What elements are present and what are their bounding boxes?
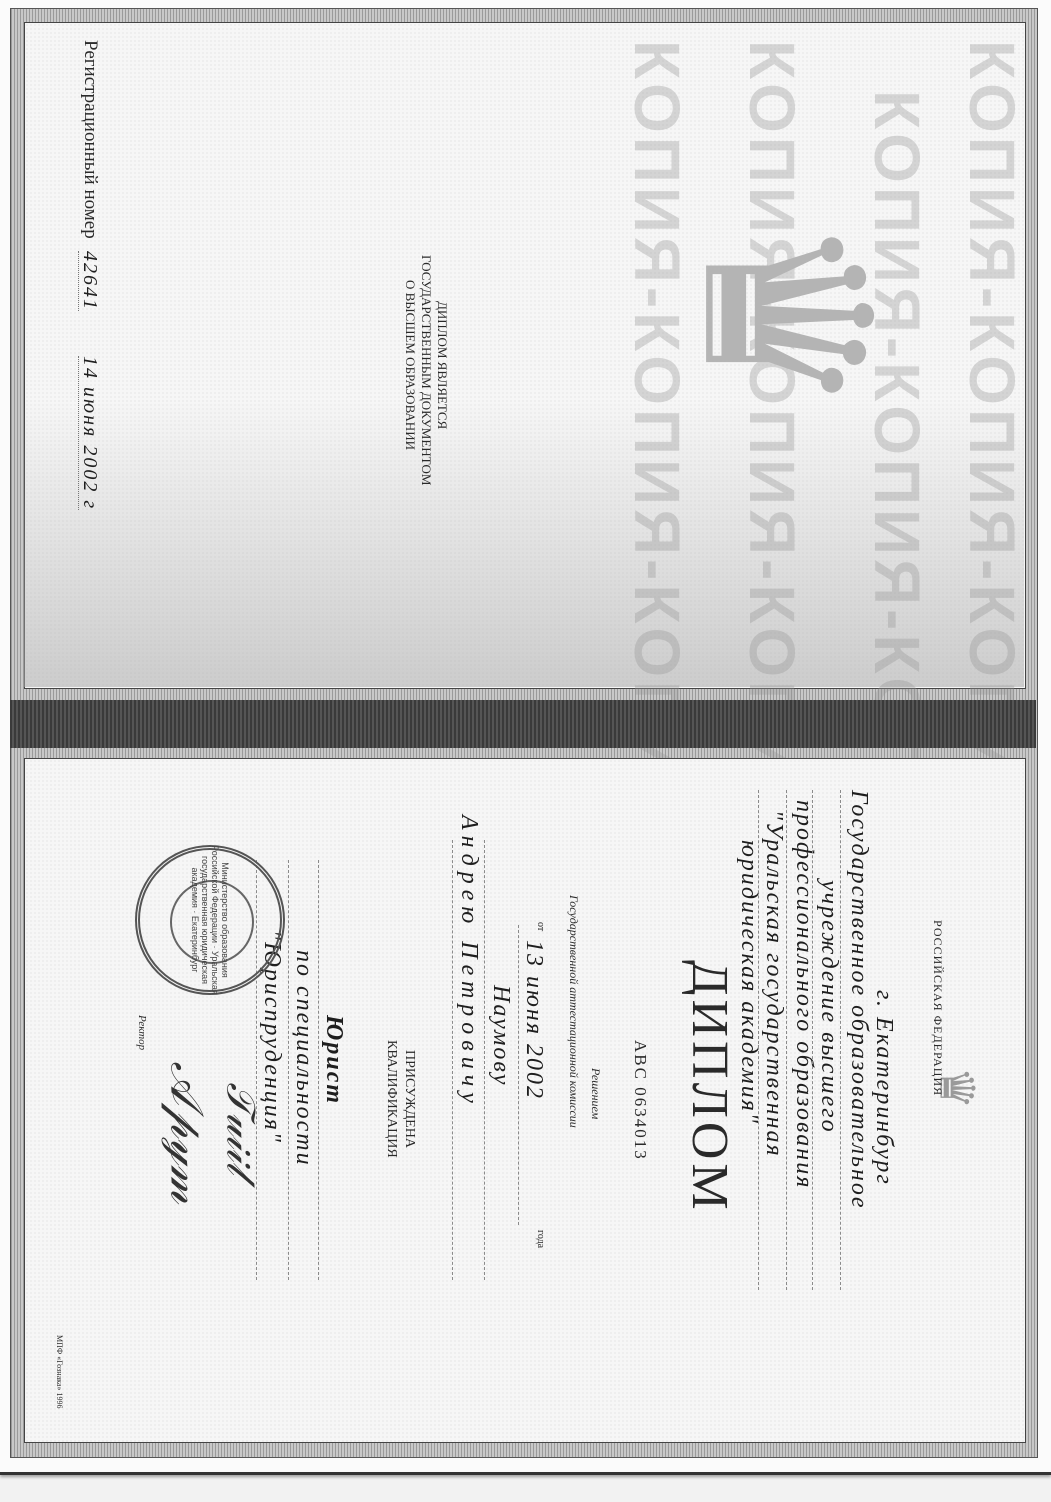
fill-line — [786, 790, 787, 1290]
date-prefix: от — [535, 922, 546, 931]
registration-label: Регистрационный номер — [80, 40, 101, 239]
printer-imprint: МПФ «Гознака» 1996 — [55, 1335, 64, 1408]
fill-line — [518, 925, 519, 1225]
specialty-line: по специальности — [290, 950, 317, 1167]
diploma-scan: КОПИЯ-КОПИЯ-КОПИЯ-КОПИЯ КОПИЯ-КОПИЯ-КОПИ… — [0, 0, 1051, 1475]
institution-line: "Уральская государственная — [760, 810, 787, 1158]
chairman-signature: 𝒯𝓊𝒾𝒾𝓁 — [218, 1082, 265, 1174]
double-headed-eagle-icon: ♛ — [668, 212, 898, 418]
decision-date: 13 июня 2002 — [520, 940, 547, 1100]
fill-line — [812, 790, 813, 1290]
awarded-line: ПРИСУЖДЕНА — [400, 1040, 418, 1158]
institution-line: Государственное образовательное — [845, 790, 872, 1210]
commission-label: Государственной аттестационной комиссии — [566, 895, 581, 1128]
fill-line — [484, 840, 485, 1280]
series-number: АВС 0634013 — [630, 1040, 650, 1161]
fill-line — [452, 840, 453, 1280]
notice-line: ГОСУДАРСТВЕННЫМ ДОКУМЕНТОМ — [418, 255, 434, 475]
city: г. Екатеринбург — [870, 990, 897, 1186]
awarded-line: КВАЛИФИКАЦИЯ — [382, 1040, 400, 1158]
rector-label: Ректор — [136, 1015, 148, 1050]
diploma-title: ДИПЛОМ — [680, 960, 739, 1214]
seal-text: Министерство образования Российской Феде… — [135, 845, 285, 995]
state-document-notice: ДИПЛОМ ЯВЛЯЕТСЯ ГОСУДАРСТВЕННЫМ ДОКУМЕНТ… — [380, 255, 450, 475]
notice-line: ДИПЛОМ ЯВЛЯЕТСЯ — [434, 255, 450, 475]
fill-line — [758, 790, 759, 1290]
recipient-name: Андрею Петровичу — [455, 815, 482, 1109]
qualification: Юрист — [320, 1015, 347, 1105]
registration-number: 42641 — [78, 251, 101, 311]
diploma-spine — [10, 700, 1036, 748]
fill-line — [318, 860, 319, 1280]
institution-line: учреждение высшего — [815, 880, 842, 1134]
qualification-awarded-label: ПРИСУЖДЕНА КВАЛИФИКАЦИЯ — [378, 1040, 418, 1158]
fill-line — [840, 790, 841, 1290]
recipient-surname: Наумову — [487, 985, 514, 1086]
year-suffix: года — [535, 1230, 546, 1248]
rector-signature: 𝒜𝓅𝓎𝓂 — [159, 1061, 214, 1203]
decision-label: Решением — [588, 1068, 603, 1119]
country-name: РОССИЙСКАЯ ФЕДЕРАЦИЯ — [930, 920, 945, 1096]
fill-line — [288, 860, 289, 1280]
registration-date: 14 июня 2002 г — [78, 356, 101, 510]
notice-line: О ВЫСШЕМ ОБРАЗОВАНИИ — [402, 255, 418, 475]
registration-line: Регистрационный номер 42641 14 июня 2002… — [78, 40, 101, 510]
